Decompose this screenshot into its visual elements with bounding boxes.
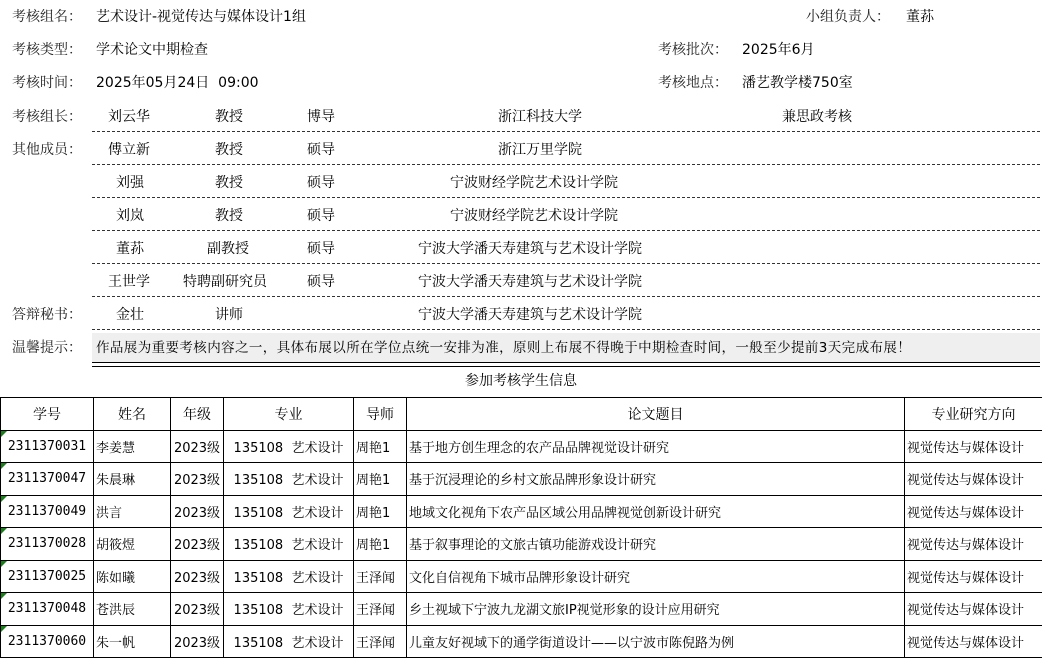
major-cell[interactable]: 135108 艺术设计 [224, 495, 354, 528]
research-direction-cell[interactable]: 视觉传达与媒体设计 [905, 560, 1042, 593]
secretary-label: 答辩秘书： [12, 305, 82, 325]
table-row: 2311370025 陈如曦 2023级 135108 艺术设计 王泽闻 文化自… [1, 560, 1042, 593]
table-row: 2311370031 李姜慧 2023级 135108 艺术设计 周艳1 基于地… [1, 430, 1042, 463]
student-id-cell[interactable]: 2311370031 [1, 430, 94, 463]
student-name-cell[interactable]: 苍洪辰 [94, 593, 171, 626]
member-org: 宁波财经学院艺术设计学院 [450, 173, 618, 193]
member-org: 浙江科技大学 [498, 107, 582, 127]
research-direction-cell[interactable]: 视觉传达与媒体设计 [905, 495, 1042, 528]
batch-value: 2025年6月 [742, 40, 815, 60]
research-direction-cell[interactable]: 视觉传达与媒体设计 [905, 463, 1042, 496]
group-name-value: 艺术设计-视觉传达与媒体设计1组 [96, 7, 306, 27]
grade-cell[interactable]: 2023级 [171, 560, 224, 593]
time-value: 2025年05月24日 09:00 [96, 73, 259, 93]
leader-value: 董荪 [906, 7, 934, 27]
grade-cell[interactable]: 2023级 [171, 463, 224, 496]
advisor-cell[interactable]: 周艳1 [354, 430, 407, 463]
advisor-cell[interactable]: 王泽闻 [354, 560, 407, 593]
divider [92, 131, 1040, 132]
thesis-title-cell[interactable]: 基于地方创生理念的农产品品牌视觉设计研究 [407, 430, 905, 463]
thesis-title-cell[interactable]: 文化自信视角下城市品牌形象设计研究 [407, 560, 905, 593]
thesis-title-cell[interactable]: 儿童友好视域下的通学街道设计——以宁波市陈倪路为例 [407, 625, 905, 658]
student-name-cell[interactable]: 朱一帆 [94, 625, 171, 658]
column-header-grade: 年级 [171, 398, 224, 431]
advisor-cell[interactable]: 周艳1 [354, 528, 407, 561]
text-number-indicator-icon [1, 626, 7, 632]
column-header-student-id: 学号 [1, 398, 94, 431]
double-divider [92, 362, 1040, 367]
member-role: 硕导 [307, 140, 335, 160]
table-header-row: 学号 姓名 年级 专业 导师 论文题目 专业研究方向 [1, 398, 1042, 431]
column-header-advisor: 导师 [354, 398, 407, 431]
member-title: 特聘副研究员 [183, 272, 267, 292]
student-id-cell[interactable]: 2311370028 [1, 528, 94, 561]
grade-cell[interactable]: 2023级 [171, 430, 224, 463]
text-number-indicator-icon [1, 561, 7, 567]
student-name-cell[interactable]: 朱晨琳 [94, 463, 171, 496]
research-direction-cell[interactable]: 视觉传达与媒体设计 [905, 593, 1042, 626]
member-name: 王世学 [108, 272, 150, 292]
grade-cell[interactable]: 2023级 [171, 593, 224, 626]
divider [92, 197, 1040, 198]
major-cell[interactable]: 135108 艺术设计 [224, 528, 354, 561]
time-label: 考核时间： [12, 73, 82, 93]
student-id-cell[interactable]: 2311370060 [1, 625, 94, 658]
member-note: 兼思政考核 [782, 107, 852, 127]
grade-cell[interactable]: 2023级 [171, 528, 224, 561]
column-header-research-direction: 专业研究方向 [905, 398, 1042, 431]
major-cell[interactable]: 135108 艺术设计 [224, 625, 354, 658]
table-row: 2311370047 朱晨琳 2023级 135108 艺术设计 周艳1 基于沉… [1, 463, 1042, 496]
major-cell[interactable]: 135108 艺术设计 [224, 560, 354, 593]
type-value: 学术论文中期检查 [96, 40, 208, 60]
member-title: 教授 [215, 140, 243, 160]
batch-label: 考核批次： [658, 40, 728, 60]
student-id-cell[interactable]: 2311370047 [1, 463, 94, 496]
divider [92, 263, 1040, 264]
chair-label: 考核组长： [12, 107, 82, 127]
grade-cell[interactable]: 2023级 [171, 495, 224, 528]
student-id-cell[interactable]: 2311370048 [1, 593, 94, 626]
text-number-indicator-icon [1, 431, 7, 437]
divider [92, 296, 1040, 297]
column-header-thesis-title: 论文题目 [407, 398, 905, 431]
notice-label: 温馨提示： [12, 338, 82, 358]
text-number-indicator-icon [1, 528, 7, 534]
major-cell[interactable]: 135108 艺术设计 [224, 593, 354, 626]
advisor-cell[interactable]: 王泽闻 [354, 593, 407, 626]
text-number-indicator-icon [1, 496, 7, 502]
member-role: 博导 [307, 107, 335, 127]
member-title: 教授 [215, 206, 243, 226]
member-role: 硕导 [307, 239, 335, 259]
member-role: 硕导 [307, 173, 335, 193]
leader-label: 小组负责人： [806, 7, 890, 27]
member-org: 宁波财经学院艺术设计学院 [450, 206, 618, 226]
divider [92, 329, 1040, 330]
member-org: 宁波大学潘天寿建筑与艺术设计学院 [418, 272, 642, 292]
advisor-cell[interactable]: 周艳1 [354, 495, 407, 528]
table-row: 2311370028 胡筱煜 2023级 135108 艺术设计 周艳1 基于叙… [1, 528, 1042, 561]
location-value: 潘艺教学楼750室 [742, 73, 853, 93]
member-org: 宁波大学潘天寿建筑与艺术设计学院 [418, 239, 642, 259]
member-name: 刘强 [116, 173, 144, 193]
research-direction-cell[interactable]: 视觉传达与媒体设计 [905, 528, 1042, 561]
member-name: 刘岚 [116, 206, 144, 226]
member-title: 教授 [215, 107, 243, 127]
members-label: 其他成员： [12, 140, 82, 160]
students-table: 学号 姓名 年级 专业 导师 论文题目 专业研究方向 2311370031 李姜… [0, 397, 1042, 658]
student-id-cell[interactable]: 2311370025 [1, 560, 94, 593]
thesis-title-cell[interactable]: 基于叙事理论的文旅古镇功能游戏设计研究 [407, 528, 905, 561]
major-cell[interactable]: 135108 艺术设计 [224, 463, 354, 496]
member-org: 宁波大学潘天寿建筑与艺术设计学院 [418, 305, 642, 325]
table-row: 2311370060 朱一帆 2023级 135108 艺术设计 王泽闻 儿童友… [1, 625, 1042, 658]
thesis-title-cell[interactable]: 乡土视域下宁波九龙湖文旅IP视觉形象的设计应用研究 [407, 593, 905, 626]
thesis-title-cell[interactable]: 基于沉浸理论的乡村文旅品牌形象设计研究 [407, 463, 905, 496]
student-name-cell[interactable]: 李姜慧 [94, 430, 171, 463]
student-name-cell[interactable]: 陈如曦 [94, 560, 171, 593]
major-cell[interactable]: 135108 艺术设计 [224, 430, 354, 463]
member-org: 浙江万里学院 [498, 140, 582, 160]
research-direction-cell[interactable]: 视觉传达与媒体设计 [905, 430, 1042, 463]
student-id-cell[interactable]: 2311370049 [1, 495, 94, 528]
location-label: 考核地点： [658, 73, 728, 93]
member-role: 硕导 [307, 272, 335, 292]
column-header-name: 姓名 [94, 398, 171, 431]
column-header-major: 专业 [224, 398, 354, 431]
text-number-indicator-icon [1, 463, 7, 469]
advisor-cell[interactable]: 王泽闻 [354, 625, 407, 658]
member-title: 讲师 [215, 305, 243, 325]
member-name: 金壮 [116, 305, 144, 325]
member-name: 董荪 [116, 239, 144, 259]
group-name-label: 考核组名： [12, 7, 82, 27]
research-direction-cell[interactable]: 视觉传达与媒体设计 [905, 625, 1042, 658]
member-role: 硕导 [307, 206, 335, 226]
member-name: 傅立新 [108, 140, 150, 160]
member-title: 副教授 [207, 239, 249, 259]
member-name: 刘云华 [108, 107, 150, 127]
notice-text: 作品展为重要考核内容之一，具体布展以所在学位点统一安排为准，原则上布展不得晚于中… [96, 338, 911, 358]
member-title: 教授 [215, 173, 243, 193]
divider [92, 164, 1040, 165]
grade-cell[interactable]: 2023级 [171, 625, 224, 658]
thesis-title-cell[interactable]: 地域文化视角下农产品区域公用品牌视觉创新设计研究 [407, 495, 905, 528]
students-section-title: 参加考核学生信息 [0, 370, 1042, 390]
table-row: 2311370048 苍洪辰 2023级 135108 艺术设计 王泽闻 乡土视… [1, 593, 1042, 626]
student-name-cell[interactable]: 胡筱煜 [94, 528, 171, 561]
type-label: 考核类型： [12, 40, 82, 60]
divider [92, 230, 1040, 231]
student-name-cell[interactable]: 洪言 [94, 495, 171, 528]
table-row: 2311370049 洪言 2023级 135108 艺术设计 周艳1 地域文化… [1, 495, 1042, 528]
advisor-cell[interactable]: 周艳1 [354, 463, 407, 496]
text-number-indicator-icon [1, 593, 7, 599]
